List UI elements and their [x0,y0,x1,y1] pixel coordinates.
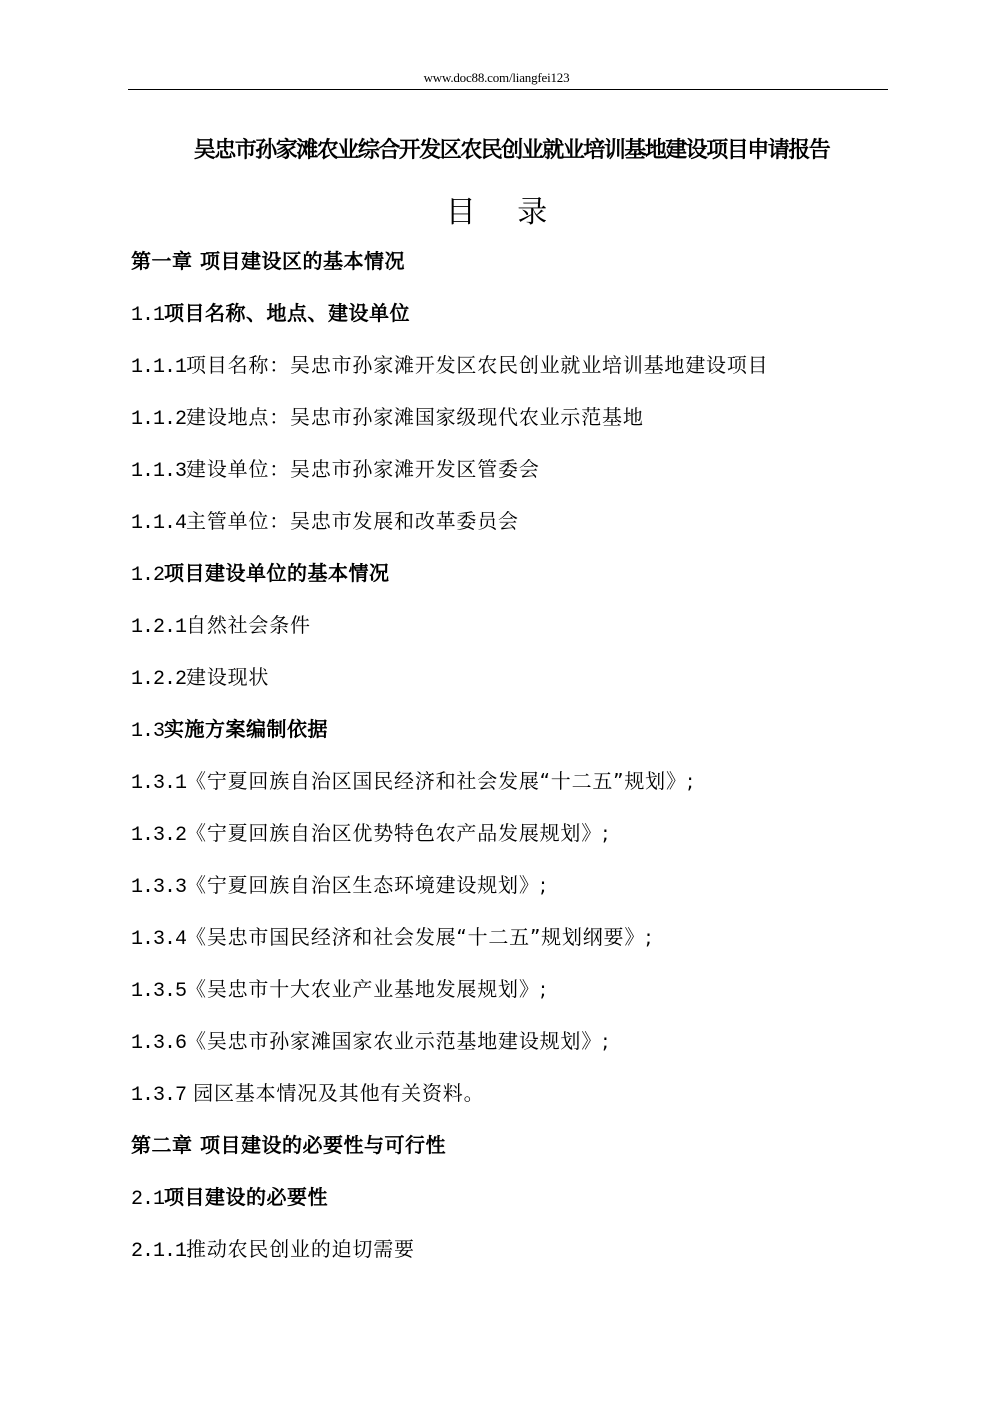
toc-number: 第二章 [131,1133,193,1157]
toc-item-1-3-4[interactable]: 1.3.4《吴忠市国民经济和社会发展“十二五”规划纲要》; [131,924,653,953]
toc-text: 项目名称：吴忠市孙家滩开发区农民创业就业培训基地建设项目 [186,353,768,377]
toc-section-1-3[interactable]: 1.3实施方案编制依据 [131,716,328,745]
toc-text: 园区基本情况及其他有关资料。 [186,1081,484,1105]
header-divider [128,89,888,90]
toc-section-1-1[interactable]: 1.1项目名称、地点、建设单位 [131,300,410,329]
toc-text: 项目建设的必要性 [164,1185,328,1209]
document-title: 吴忠市孙家滩农业综合开发区农民创业就业培训基地建设项目申请报告 [0,133,993,164]
toc-number: 1.3.4 [131,928,186,951]
toc-item-1-2-1[interactable]: 1.2.1自然社会条件 [131,612,311,641]
toc-text: 《吴忠市十大农业产业基地发展规划》; [186,977,547,1001]
toc-text: 项目建设单位的基本情况 [164,561,390,585]
toc-chapter-2[interactable]: 第二章 项目建设的必要性与可行性 [131,1132,446,1158]
toc-number: 1.1.2 [131,408,186,431]
toc-chapter-1[interactable]: 第一章 项目建设区的基本情况 [131,248,405,274]
toc-number: 1.1.3 [131,460,186,483]
toc-number: 1.2.1 [131,616,186,639]
toc-text: 项目建设区的基本情况 [193,249,405,273]
toc-item-1-3-2[interactable]: 1.3.2《宁夏回族自治区优势特色农产品发展规划》; [131,820,610,849]
toc-section-2-1[interactable]: 2.1项目建设的必要性 [131,1184,328,1213]
toc-item-1-1-4[interactable]: 1.1.4主管单位：吴忠市发展和改革委员会 [131,508,519,537]
toc-number: 2.1 [131,1188,164,1211]
toc-number: 1.2 [131,564,164,587]
toc-item-1-1-1[interactable]: 1.1.1项目名称：吴忠市孙家滩开发区农民创业就业培训基地建设项目 [131,352,768,381]
toc-item-2-1-1[interactable]: 2.1.1推动农民创业的迫切需要 [131,1236,415,1265]
toc-text: 项目建设的必要性与可行性 [193,1133,446,1157]
header-url: www.doc88.com/liangfei123 [0,70,993,86]
toc-number: 1.3.3 [131,876,186,899]
toc-text: 建设地点：吴忠市孙家滩国家级现代农业示范基地 [186,405,644,429]
toc-item-1-3-7[interactable]: 1.3.7 园区基本情况及其他有关资料。 [131,1080,484,1109]
toc-text: 实施方案编制依据 [164,717,328,741]
toc-text: 《吴忠市孙家滩国家农业示范基地建设规划》; [186,1029,610,1053]
toc-number: 1.3 [131,720,164,743]
toc-item-1-2-2[interactable]: 1.2.2建设现状 [131,664,269,693]
toc-number: 2.1.1 [131,1240,186,1263]
toc-item-1-3-3[interactable]: 1.3.3《宁夏回族自治区生态环境建设规划》; [131,872,547,901]
toc-text: 《宁夏回族自治区生态环境建设规划》; [186,873,547,897]
toc-item-1-3-1[interactable]: 1.3.1《宁夏回族自治区国民经济和社会发展“十二五”规划》; [131,768,694,797]
toc-number: 1.3.2 [131,824,186,847]
toc-text: 《宁夏回族自治区国民经济和社会发展“十二五”规划》; [186,769,694,793]
toc-number: 1.1.1 [131,356,186,379]
toc-number: 1.3.5 [131,980,186,1003]
toc-text: 自然社会条件 [186,613,311,637]
toc-heading: 目 录 [0,187,993,231]
toc-text: 《吴忠市国民经济和社会发展“十二五”规划纲要》; [186,925,653,949]
toc-item-1-1-3[interactable]: 1.1.3建设单位：吴忠市孙家滩开发区管委会 [131,456,540,485]
toc-number: 1.3.6 [131,1032,186,1055]
toc-text: 项目名称、地点、建设单位 [164,301,410,325]
toc-section-1-2[interactable]: 1.2项目建设单位的基本情况 [131,560,390,589]
toc-text: 《宁夏回族自治区优势特色农产品发展规划》; [186,821,610,845]
toc-text: 主管单位：吴忠市发展和改革委员会 [186,509,519,533]
toc-text: 建设单位：吴忠市孙家滩开发区管委会 [186,457,540,481]
toc-item-1-1-2[interactable]: 1.1.2建设地点：吴忠市孙家滩国家级现代农业示范基地 [131,404,644,433]
toc-number: 第一章 [131,249,193,273]
toc-item-1-3-6[interactable]: 1.3.6《吴忠市孙家滩国家农业示范基地建设规划》; [131,1028,610,1057]
toc-number: 1.1.4 [131,512,186,535]
toc-item-1-3-5[interactable]: 1.3.5《吴忠市十大农业产业基地发展规划》; [131,976,547,1005]
toc-text: 建设现状 [186,665,269,689]
toc-number: 1.2.2 [131,668,186,691]
toc-number: 1.3.1 [131,772,186,795]
toc-number: 1.1 [131,304,164,327]
toc-number: 1.3.7 [131,1084,186,1107]
toc-text: 推动农民创业的迫切需要 [186,1237,415,1261]
